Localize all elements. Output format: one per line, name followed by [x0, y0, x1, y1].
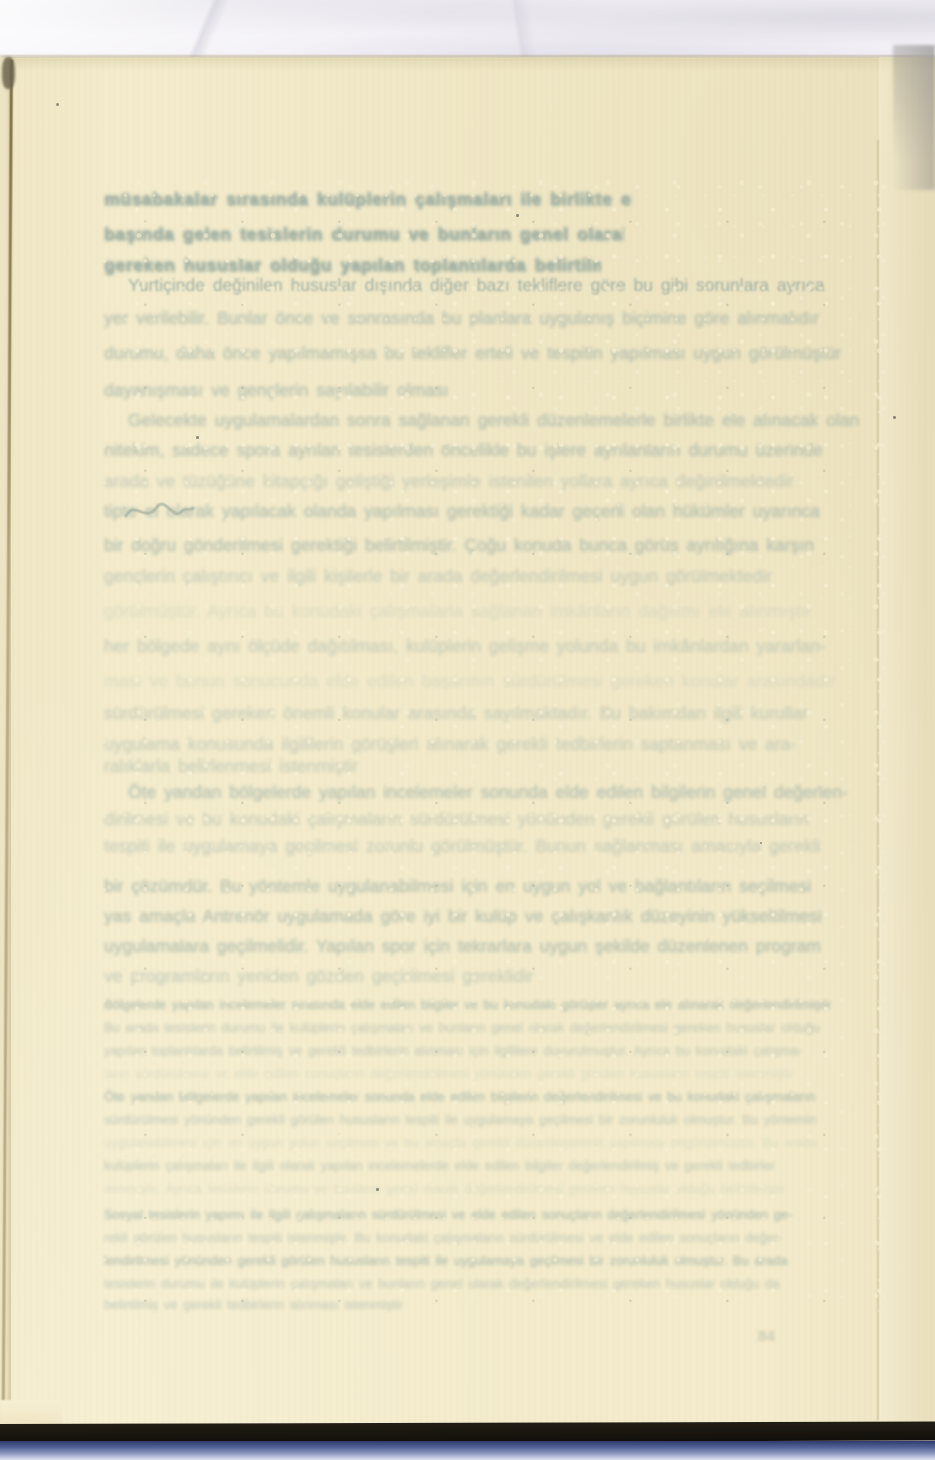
- paper-speck: [376, 1188, 379, 1191]
- scanner-background-strip: [0, 1441, 935, 1460]
- book-cover-edge: [0, 1422, 935, 1443]
- paper-speckle-overlay: [92, 172, 892, 1322]
- paper-speck: [56, 103, 59, 106]
- book-scan: 84 müsabakalar sırasında kulüplerin çalı…: [0, 0, 935, 1460]
- paper-speck: [893, 416, 896, 419]
- bottom-left-page-edges: [0, 1400, 62, 1426]
- paper-speck: [760, 842, 762, 844]
- paper-speck: [516, 214, 519, 217]
- paper-speck: [196, 436, 199, 439]
- ghost-page-number: 84: [758, 1328, 775, 1345]
